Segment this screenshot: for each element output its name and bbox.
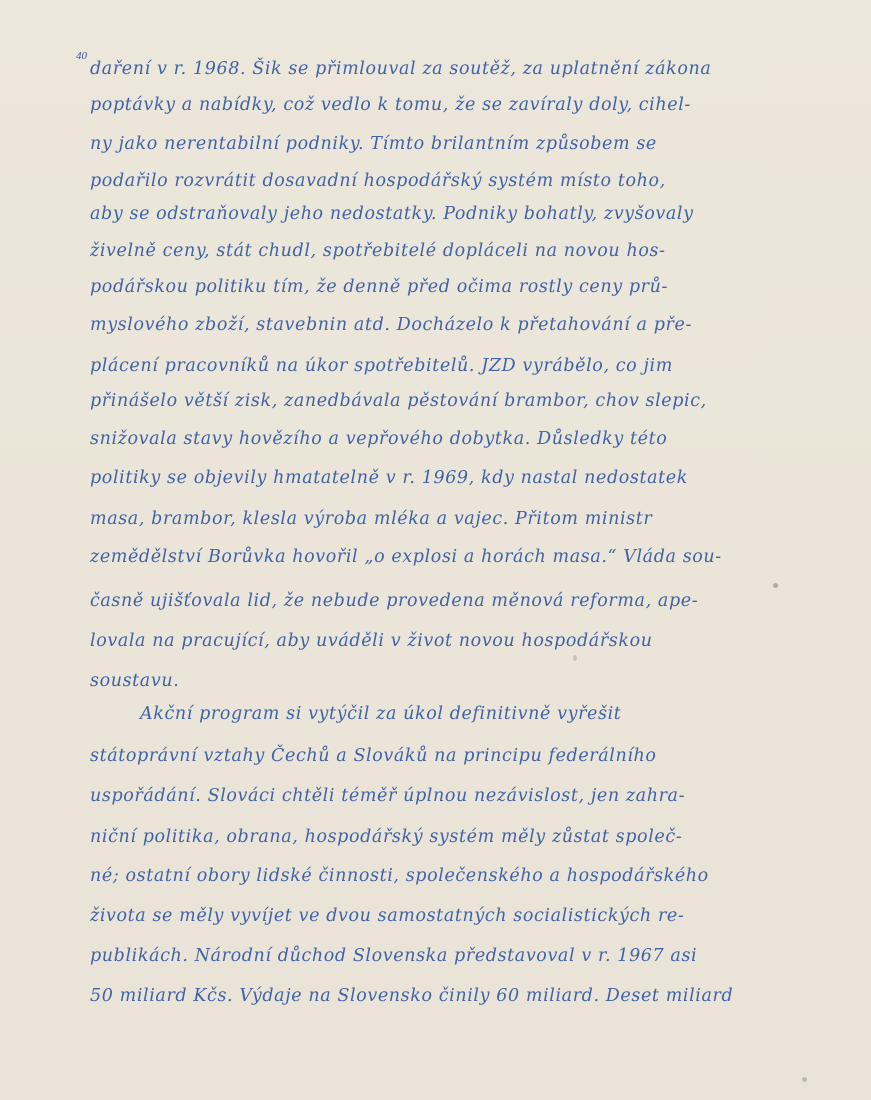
text-line: státoprávní vztahy Čechů a Slováků na pr… [90, 745, 820, 767]
paper-stain [802, 1077, 807, 1082]
paper-stain [773, 583, 778, 588]
text-line: života se měly vyvíjet ve dvou samostatn… [90, 905, 820, 927]
paper-stain [573, 655, 577, 661]
text-line: podařilo rozvrátit dosavadní hospodářský… [90, 170, 820, 192]
text-line: časně ujišťovala lid, že nebude proveden… [90, 590, 820, 612]
text-line: uspořádání. Slováci chtěli téměř úplnou … [90, 785, 820, 807]
handwritten-page: 40 daření v r. 1968. Šik se přimlouval z… [0, 0, 871, 1100]
text-line: přinášelo větší zisk, zanedbávala pěstov… [90, 390, 820, 412]
text-line: publikách. Národní důchod Slovenska před… [90, 945, 820, 967]
text-line: poptávky a nabídky, což vedlo k tomu, že… [90, 94, 820, 116]
text-line: soustavu. [90, 670, 820, 692]
text-line: ny jako nerentabilní podniky. Tímto bril… [90, 133, 820, 155]
text-line: plácení pracovníků na úkor spotřebitelů.… [90, 355, 820, 377]
text-line: živelně ceny, stát chudl, spotřebitelé d… [90, 240, 820, 262]
text-line: né; ostatní obory lidské činnosti, spole… [90, 865, 820, 887]
text-line: snižovala stavy hovězího a vepřového dob… [90, 428, 820, 450]
text-line: aby se odstraňovaly jeho nedostatky. Pod… [90, 203, 820, 225]
page-number: 40 [76, 50, 87, 62]
text-line: zemědělství Borůvka hovořil „o explosi a… [90, 546, 820, 568]
text-line: myslového zboží, stavebnin atd. Docházel… [90, 314, 820, 336]
text-line: politiky se objevily hmatatelně v r. 196… [90, 467, 820, 489]
text-line: niční politika, obrana, hospodářský syst… [90, 826, 820, 848]
text-line: podářskou politiku tím, že denně před oč… [90, 276, 820, 298]
text-line: masa, brambor, klesla výroba mléka a vaj… [90, 508, 820, 530]
text-line: lovala na pracující, aby uváděli v život… [90, 630, 820, 652]
text-line: 50 miliard Kčs. Výdaje na Slovensko čini… [90, 985, 820, 1007]
paragraph-start-line: Akční program si vytýčil za úkol definit… [140, 703, 820, 725]
text-line: daření v r. 1968. Šik se přimlouval za s… [90, 58, 820, 80]
